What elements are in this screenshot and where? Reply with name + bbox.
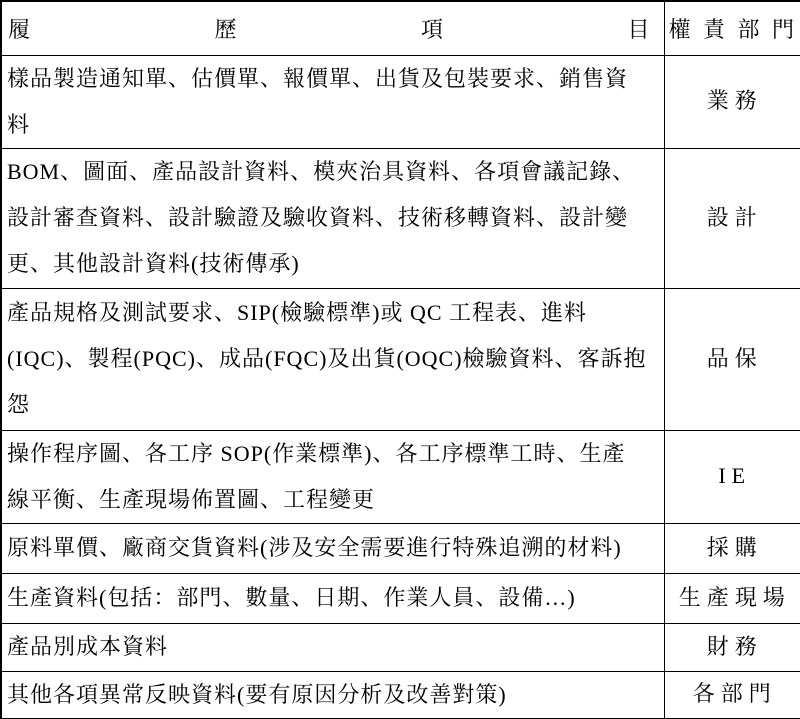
department-cell: 各部門	[664, 671, 800, 719]
table-row: 產品別成本資料 財務	[1, 623, 800, 671]
table-row: 產品規格及測試要求、SIP(檢驗標準)或 QC 工程表、進料 (IQC)、製程(…	[1, 288, 800, 430]
record-item-cell: 生產資料(包括：部門、數量、日期、作業人員、設備…)	[1, 573, 664, 623]
header-char: 責	[703, 13, 725, 44]
record-item-cell: 樣品製造通知單、估價單、報價單、出貨及包裝要求、銷售資 料	[1, 55, 664, 148]
table-row: 生產資料(包括：部門、數量、日期、作業人員、設備…) 生產現場	[1, 573, 800, 623]
header-char: 歷	[214, 13, 236, 44]
record-item-cell: 原料單價、廠商交貨資料(涉及安全需要進行特殊追溯的材料)	[1, 523, 664, 573]
responsibility-matrix-table: 履 歷 項 目 權 責 部 門 樣品製造通知單、估價單、報價單、出貨及包裝要求、…	[0, 0, 800, 719]
header-cell-record-items: 履 歷 項 目	[1, 1, 664, 55]
department-cell: 財務	[664, 623, 800, 671]
table-row: 原料單價、廠商交貨資料(涉及安全需要進行特殊追溯的材料) 採購	[1, 523, 800, 573]
table-row: 其他各項異常反映資料(要有原因分析及改善對策) 各部門	[1, 671, 800, 719]
department-cell: IE	[664, 430, 800, 523]
department-cell: 業務	[664, 55, 800, 148]
record-item-cell: BOM、圖面、產品設計資料、模夾治具資料、各項會議記錄、 設計審查資料、設計驗證…	[1, 148, 664, 288]
header-char: 履	[8, 13, 30, 44]
table-row: 操作程序圖、各工序 SOP(作業標準)、各工序標準工時、生產 線平衡、生產現場佈…	[1, 430, 800, 523]
department-cell: 品保	[664, 288, 800, 430]
header-char: 部	[737, 13, 759, 44]
header-char: 項	[421, 13, 443, 44]
header-char: 門	[772, 13, 794, 44]
table-row: 樣品製造通知單、估價單、報價單、出貨及包裝要求、銷售資 料 業務	[1, 55, 800, 148]
department-cell: 採購	[664, 523, 800, 573]
header-char: 目	[627, 13, 649, 44]
header-label-record-items: 履 歷 項 目	[8, 13, 650, 44]
header-row: 履 歷 項 目 權 責 部 門	[1, 1, 800, 55]
record-item-cell: 產品規格及測試要求、SIP(檢驗標準)或 QC 工程表、進料 (IQC)、製程(…	[1, 288, 664, 430]
department-cell: 生產現場	[664, 573, 800, 623]
header-cell-responsible-department: 權 責 部 門	[664, 1, 800, 55]
record-item-cell: 操作程序圖、各工序 SOP(作業標準)、各工序標準工時、生產 線平衡、生產現場佈…	[1, 430, 664, 523]
table-row: BOM、圖面、產品設計資料、模夾治具資料、各項會議記錄、 設計審查資料、設計驗證…	[1, 148, 800, 288]
header-char: 權	[669, 13, 691, 44]
department-cell: 設計	[664, 148, 800, 288]
header-label-responsible-department: 權 責 部 門	[669, 13, 795, 44]
record-item-cell: 產品別成本資料	[1, 623, 664, 671]
record-item-cell: 其他各項異常反映資料(要有原因分析及改善對策)	[1, 671, 664, 719]
